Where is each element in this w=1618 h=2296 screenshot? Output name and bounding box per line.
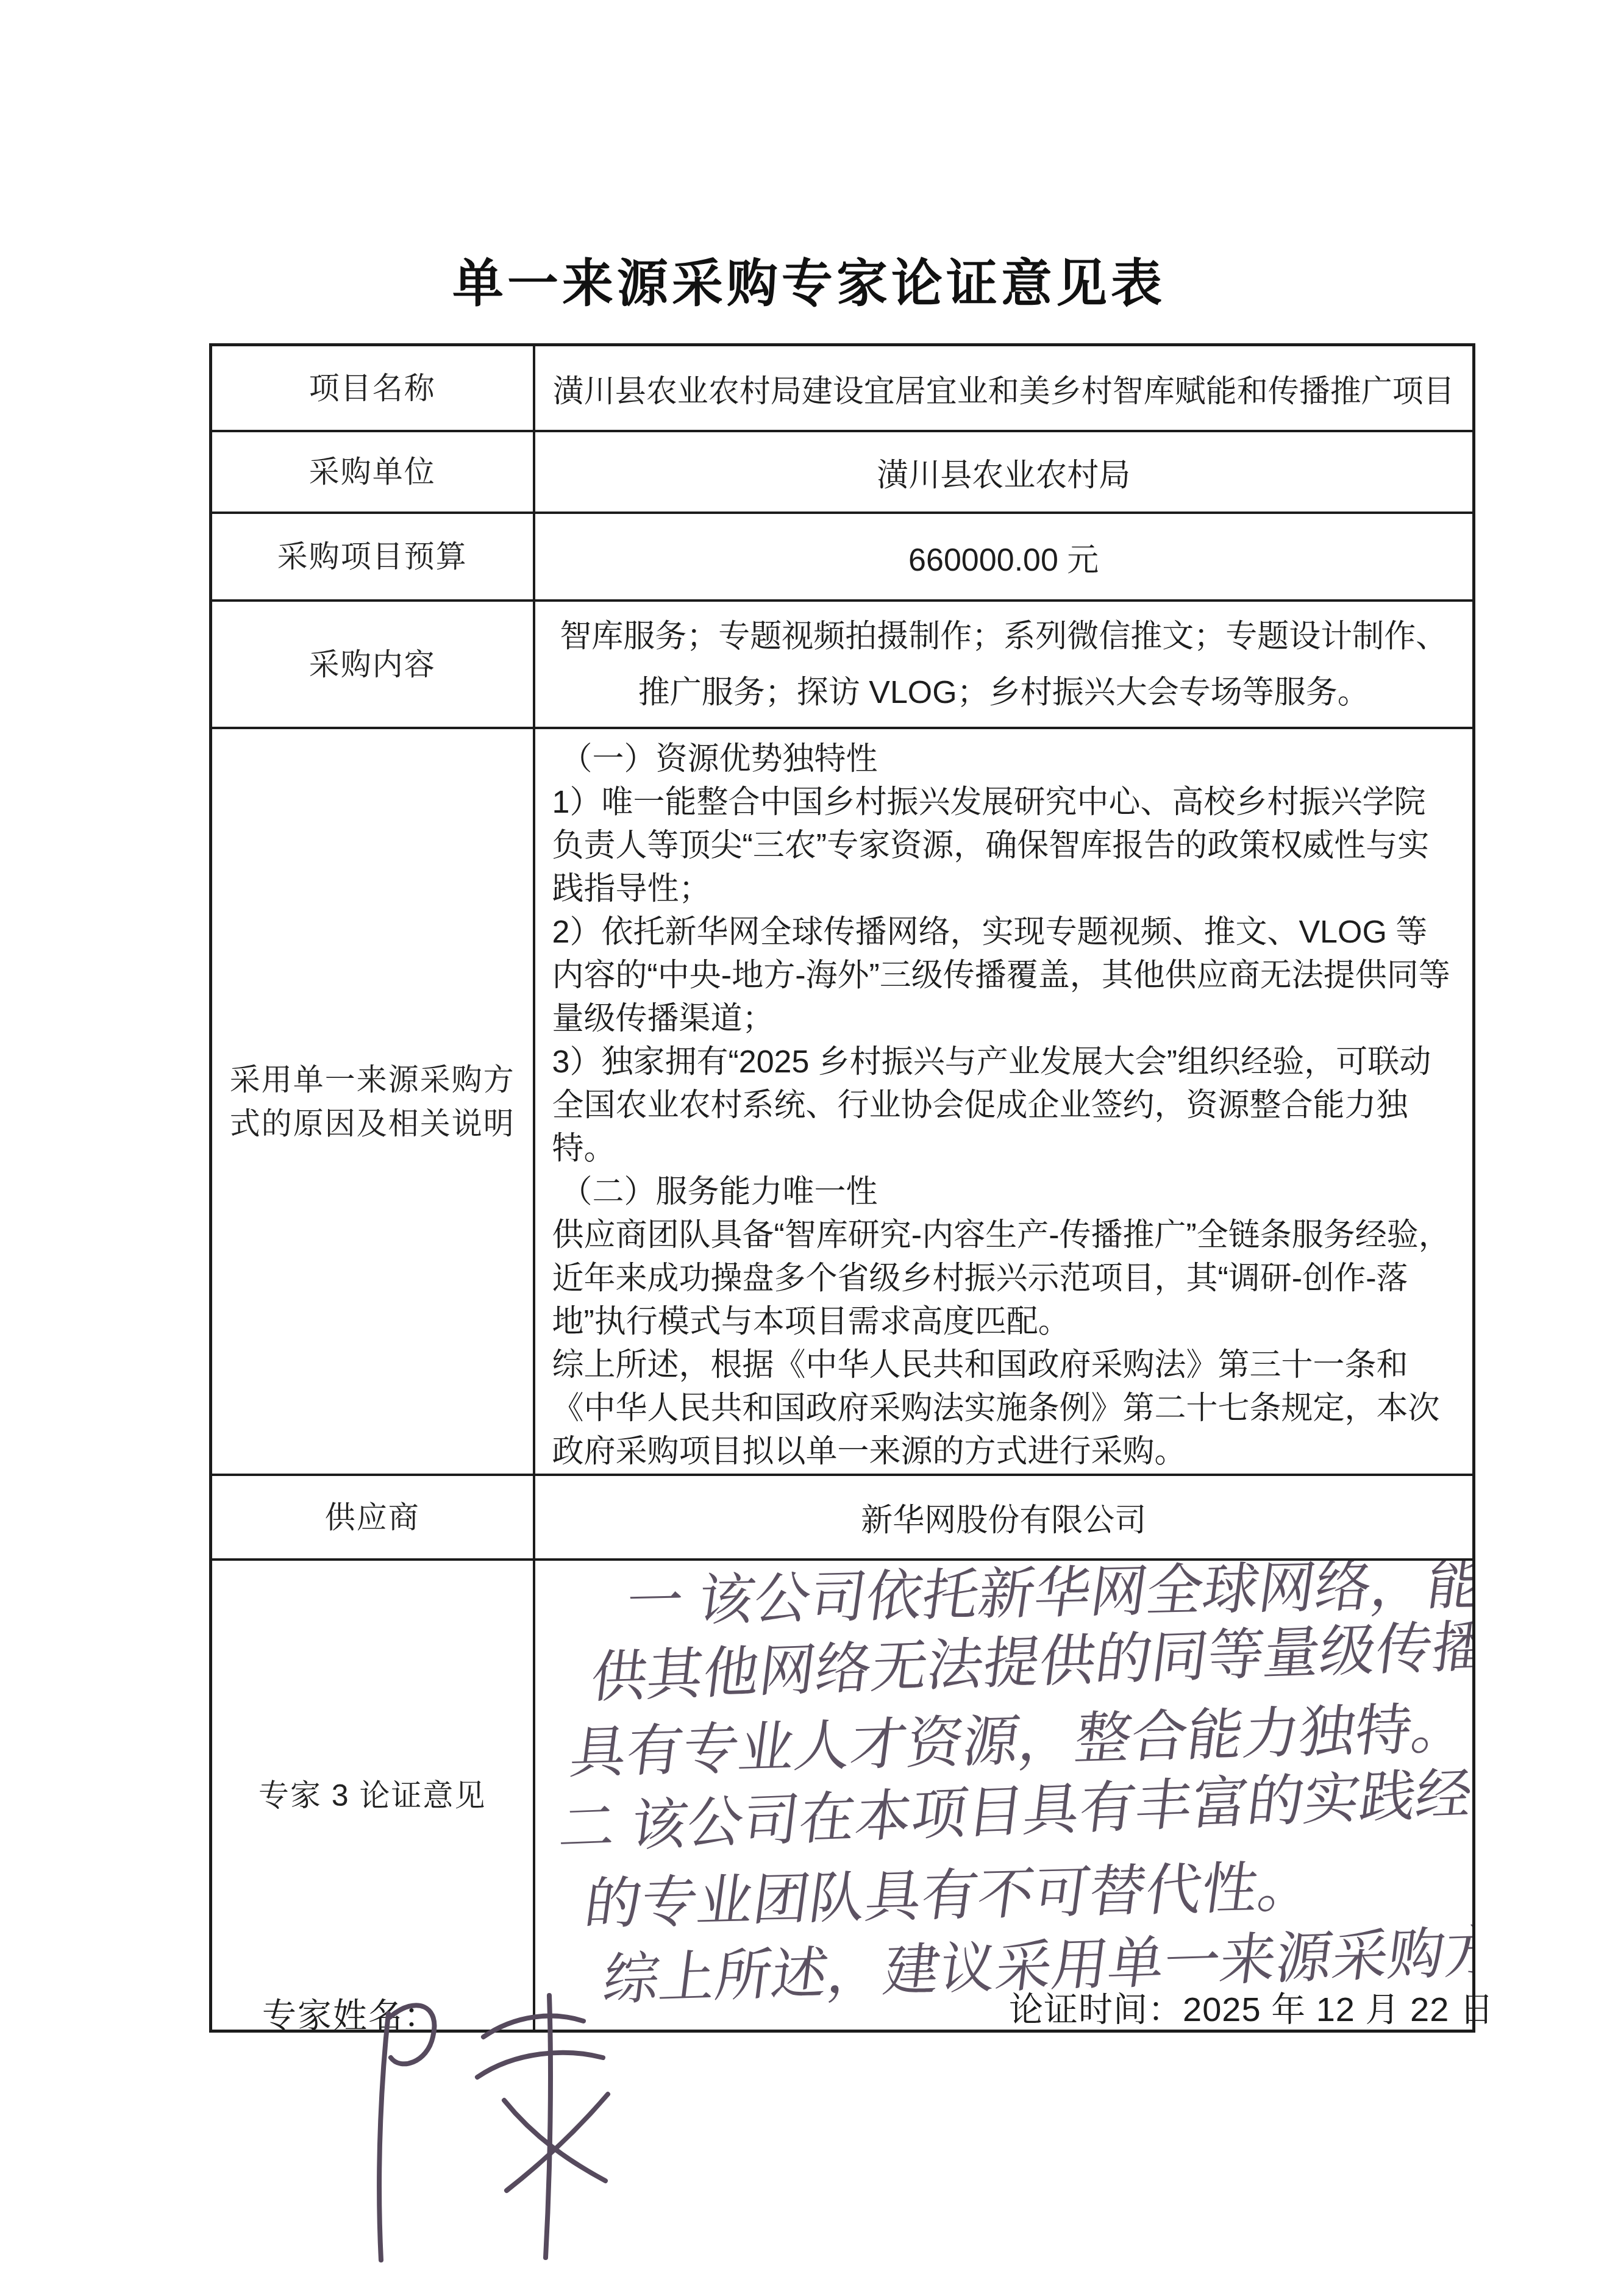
content-value: 智库服务；专题视频拍摄制作；系列微信推文；专题设计制作、推广服务；探访 VLOG… (534, 601, 1474, 728)
review-time: 论证时间：2025 年 12 月 22 日 (1009, 1983, 1494, 2031)
reason-paragraph: 供应商团队具备“智库研究-内容生产-传播推广”全链条服务经验，近年来成功操盘多个… (552, 1214, 1456, 1344)
review-time-value: 2025 年 12 月 22 日 (1183, 1990, 1494, 2028)
table-row: 项目名称 潢川县农业农村局建设宜居宜业和美乡村智库赋能和传播推广项目 (211, 345, 1474, 432)
budget-value: 660000.00 元 (534, 513, 1474, 601)
label-text: 采购项目预算 (277, 535, 468, 579)
content-label: 采购内容 (211, 601, 534, 728)
table-row: 采购项目预算 660000.00 元 (211, 513, 1474, 601)
expert-opinion-handwriting: 一 该公司依托新华网全球网络，能够提 供其他网络无法提供的同等量级传播渠道 具有… (534, 1560, 1474, 2031)
label-text: 专家 3 论证意见 (258, 1774, 486, 1817)
supplier-value: 新华网股份有限公司 (534, 1475, 1474, 1560)
opinion-form-table: 项目名称 潢川县农业农村局建设宜居宜业和美乡村智库赋能和传播推广项目 采购单位 … (209, 343, 1475, 2033)
signature-scribble-icon (332, 1978, 661, 2283)
table-row: 采购内容 智库服务；专题视频拍摄制作；系列微信推文；专题设计制作、推广服务；探访… (211, 601, 1474, 728)
budget-label: 采购项目预算 (211, 513, 534, 601)
reason-paragraph: 2）依托新华网全球传播网络，实现专题视频、推文、VLOG 等内容的“中央-地方-… (552, 911, 1456, 1041)
project-name-value: 潢川县农业农村局建设宜居宜业和美乡村智库赋能和传播推广项目 (534, 345, 1474, 432)
reason-paragraph: 综上所述，根据《中华人民共和国政府采购法》第三十一条和《中华人民共和国政府采购法… (552, 1344, 1456, 1474)
scanned-document-page: 单一来源采购专家论证意见表 项目名称 潢川县农业农村局建设宜居宜业和美乡村智库赋… (0, 0, 1618, 2296)
expert-opinion-label: 专家 3 论证意见 (211, 1560, 534, 2031)
reason-paragraph: 1）唯一能整合中国乡村振兴发展研究中心、高校乡村振兴学院负责人等顶尖“三农”专家… (552, 781, 1456, 911)
purchaser-label: 采购单位 (211, 431, 534, 513)
table-row: 专家 3 论证意见 一 该公司依托新华网全球网络，能够提 供其他网络无法提供的同… (211, 1560, 1474, 2031)
reason-paragraph: （一）资源优势独特性 (552, 738, 1456, 781)
reason-paragraph: （二）服务能力唯一性 (552, 1171, 1456, 1214)
table-row: 供应商 新华网股份有限公司 (211, 1475, 1474, 1560)
table-row: 采购单位 潢川县农业农村局 (211, 431, 1474, 513)
label-text: 采用单一来源采购方式的原因及相关说明 (229, 1058, 516, 1146)
label-text: 供应商 (325, 1496, 420, 1539)
label-text: 采购单位 (309, 450, 436, 494)
review-time-label: 论证时间： (1009, 1990, 1183, 2028)
table-row: 采用单一来源采购方式的原因及相关说明 （一）资源优势独特性 1）唯一能整合中国乡… (211, 728, 1474, 1475)
purchaser-value: 潢川县农业农村局 (534, 431, 1474, 513)
expert-signature: 陈玮 (332, 1978, 661, 2283)
project-name-label: 项目名称 (211, 345, 534, 432)
page-title: 单一来源采购专家论证意见表 (0, 243, 1618, 316)
label-text: 项目名称 (309, 366, 436, 410)
reason-label: 采用单一来源采购方式的原因及相关说明 (211, 728, 534, 1475)
reason-paragraph: 3）独家拥有“2025 乡村振兴与产业发展大会”组织经验，可联动全国农业农村系统… (552, 1041, 1456, 1171)
supplier-label: 供应商 (211, 1475, 534, 1560)
reason-value: （一）资源优势独特性 1）唯一能整合中国乡村振兴发展研究中心、高校乡村振兴学院负… (534, 728, 1474, 1475)
label-text: 采购内容 (309, 643, 436, 686)
